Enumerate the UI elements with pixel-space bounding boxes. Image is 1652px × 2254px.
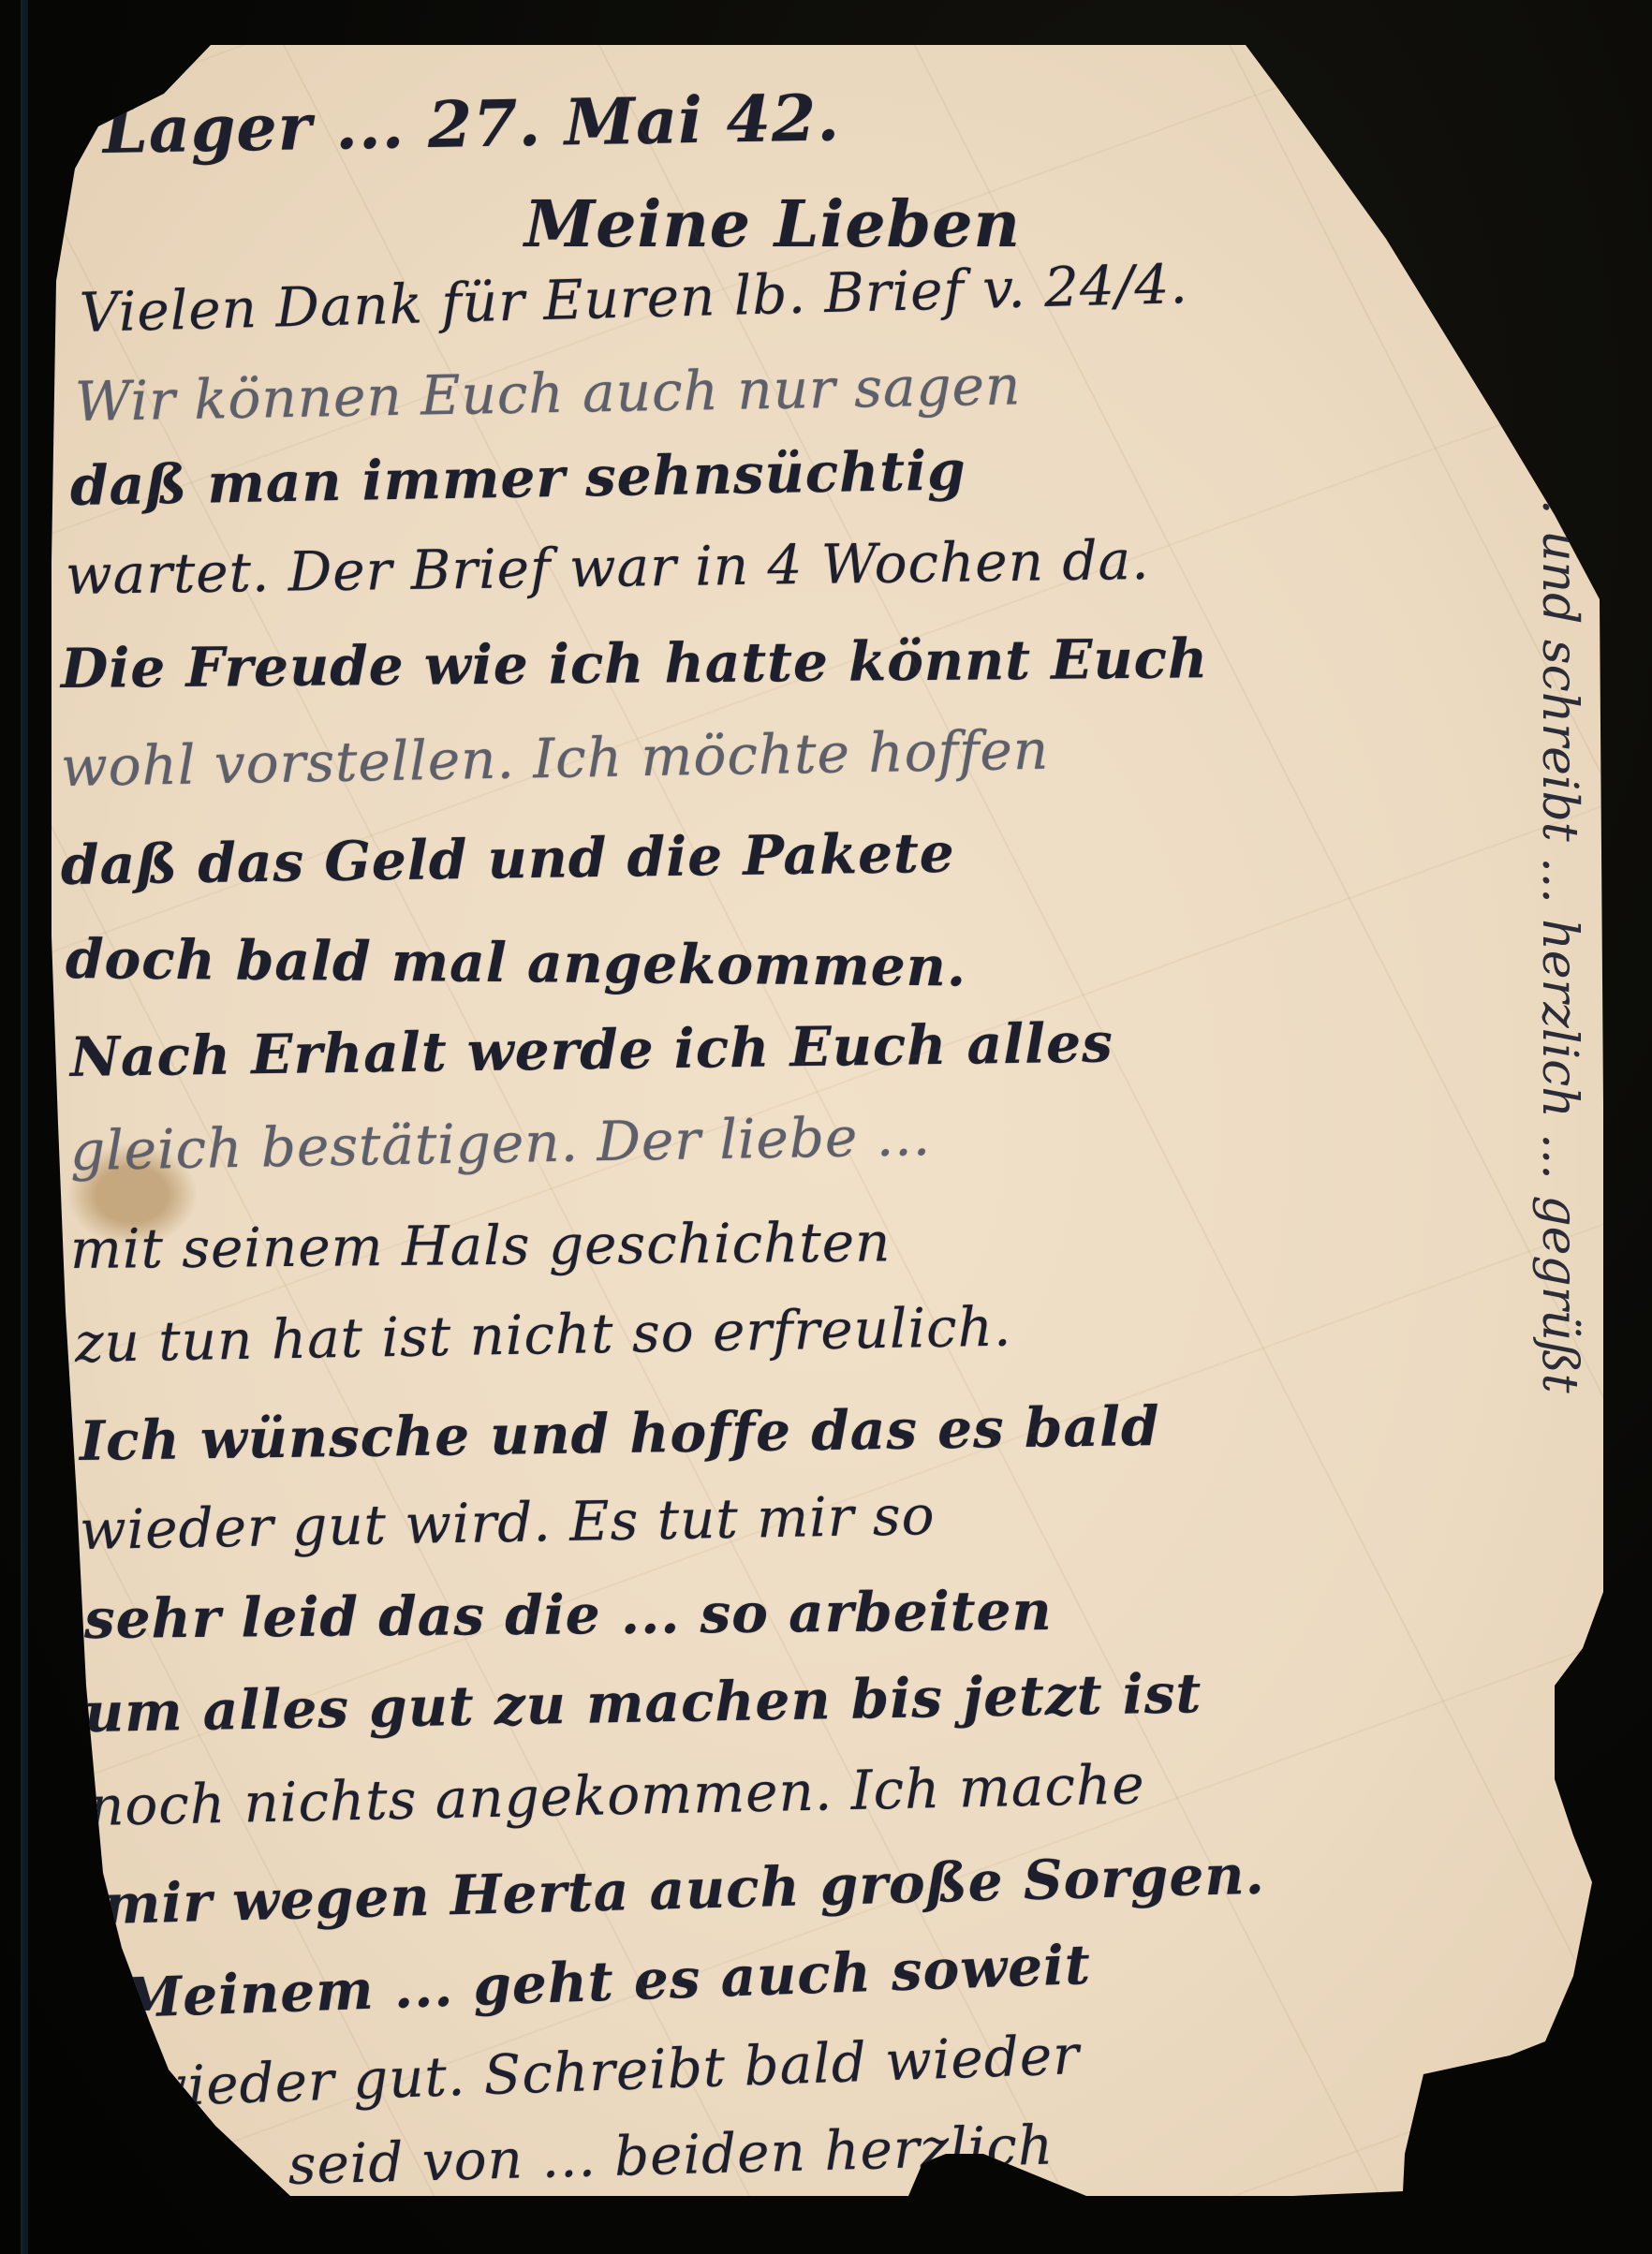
- margin-note-vertical: ... und schreibt ... herzlich ... gegrüß…: [1531, 468, 1587, 1393]
- letter-line: ... seid von ... beiden herzlich: [214, 2114, 1055, 2199]
- letter-line: Nach Erhalt werde ich Euch alles: [70, 1010, 1114, 1089]
- letter-line: Meinem ... geht es auch soweit: [121, 1933, 1092, 2030]
- letter-salutation: Meine Lieben: [524, 187, 1021, 262]
- letter-line: um alles gut zu machen bis jetzt ist: [83, 1661, 1202, 1745]
- letter-line: Vielen Dank für Euren lb. Brief v. 24/4.: [79, 252, 1188, 345]
- letter-line: wohl vorstellen. Ich möchte hoffen: [60, 718, 1049, 799]
- letter-line: noch nichts angekommen. Ich mache: [88, 1752, 1145, 1838]
- letter-line: Die Freude wie ich hatte könnt Euch: [61, 626, 1209, 700]
- letter-line: Ich wünsche und hoffe das es bald: [80, 1394, 1161, 1473]
- letter-line: zu tun hat ist nicht so erfreulich.: [74, 1295, 1011, 1375]
- letter-line: daß man immer sehnsüchtig: [69, 438, 966, 518]
- scanner-edge-strip: [21, 0, 28, 2254]
- letter-line: mir wegen Herta auch große Sorgen.: [102, 1843, 1265, 1937]
- letter-line: sehr leid das die ... so arbeiten: [84, 1579, 1053, 1651]
- letter-line: Wir können Euch auch nur sagen: [74, 353, 1021, 434]
- scan-background: Lager ... 27. Mai 42. Meine Lieben Viele…: [0, 0, 1652, 2254]
- letter-place-date: Lager ... 27. Mai 42.: [102, 81, 840, 169]
- letter-line: wieder gut. Schreibt bald wieder: [140, 2023, 1081, 2119]
- letter-line: wieder gut wird. Es tut mir so: [79, 1483, 936, 1562]
- letter-line: mit seinem Hals geschichten: [70, 1210, 892, 1281]
- letter-line: wartet. Der Brief war in 4 Wochen da.: [66, 528, 1150, 607]
- letter-line: gleich bestätigen. Der liebe ...: [69, 1104, 931, 1183]
- letter-line: doch bald mal angekommen.: [66, 927, 967, 998]
- letter-line: daß das Geld und die Pakete: [61, 821, 956, 897]
- letter-paper: Lager ... 27. Mai 42. Meine Lieben Viele…: [0, 0, 1652, 2254]
